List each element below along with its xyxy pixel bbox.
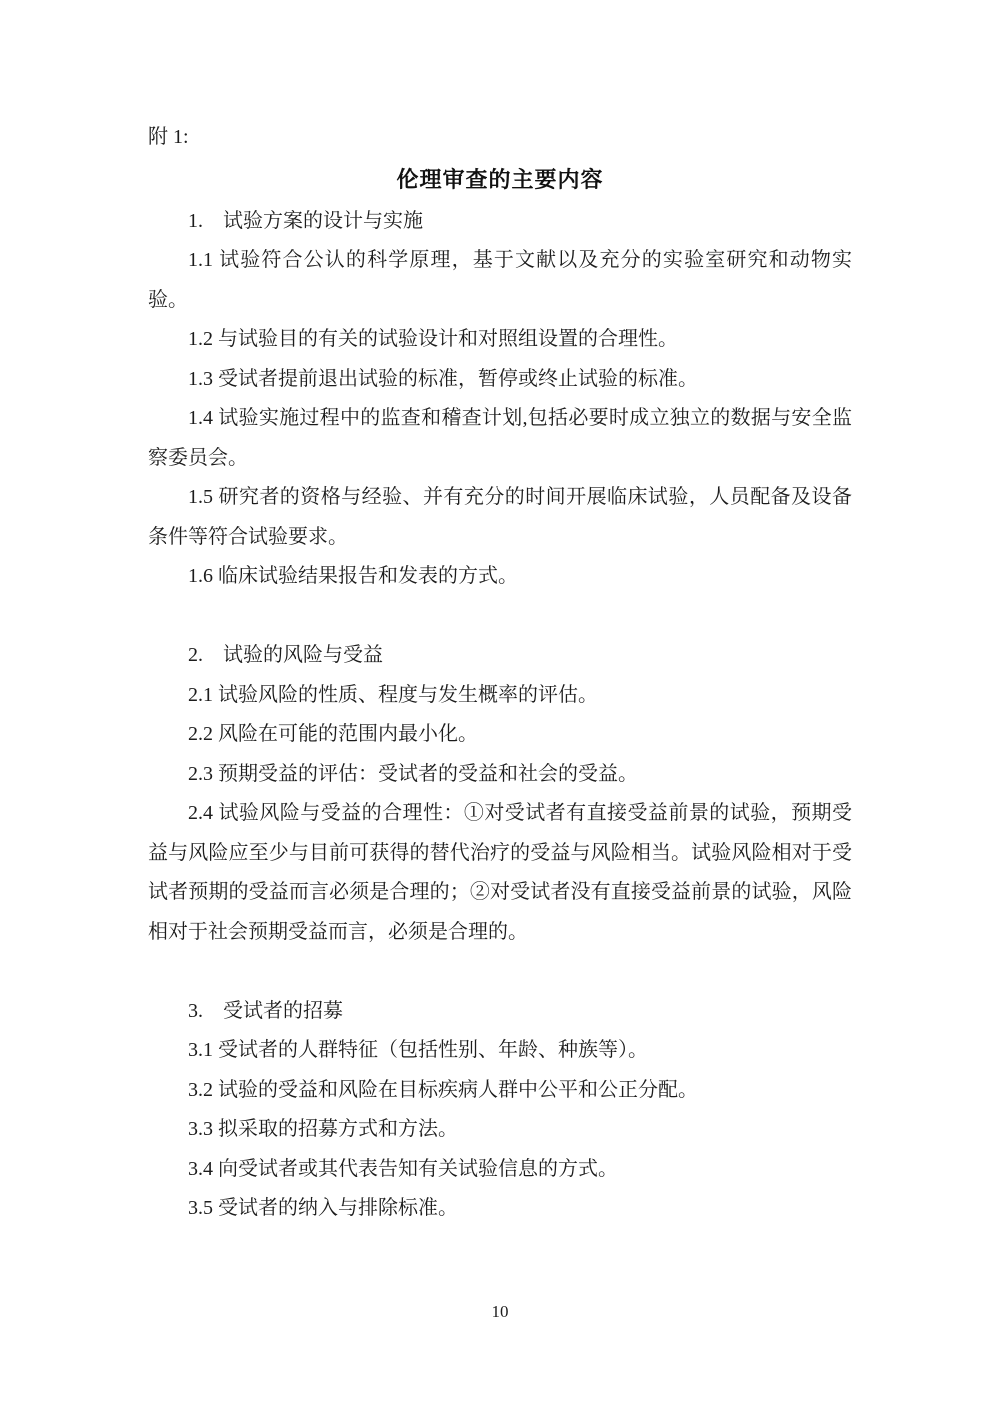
section-item: 1.3 受试者提前退出试验的标准，暂停或终止试验的标准。 [148, 360, 852, 400]
section-heading: 2. 试验的风险与受益 [148, 636, 852, 676]
section-item: 1.5 研究者的资格与经验、并有充分的时间开展临床试验，人员配备及设备条件等符合… [148, 478, 852, 557]
page-title: 伦理审查的主要内容 [148, 158, 852, 202]
section-heading: 3. 受试者的招募 [148, 992, 852, 1032]
section-item: 3.1 受试者的人群特征（包括性别、年龄、种族等）。 [148, 1031, 852, 1071]
section-item: 2.2 风险在可能的范围内最小化。 [148, 715, 852, 755]
section-item: 1.4 试验实施过程中的监查和稽查计划,包括必要时成立独立的数据与安全监察委员会… [148, 399, 852, 478]
section-item: 3.3 拟采取的招募方式和方法。 [148, 1110, 852, 1150]
document-body: 附 1: 伦理审查的主要内容 1. 试验方案的设计与实施1.1 试验符合公认的科… [148, 118, 852, 1229]
sections-container: 1. 试验方案的设计与实施1.1 试验符合公认的科学原理，基于文献以及充分的实验… [148, 202, 852, 1229]
section-item: 1.1 试验符合公认的科学原理，基于文献以及充分的实验室研究和动物实验。 [148, 241, 852, 320]
section-item: 3.2 试验的受益和风险在目标疾病人群中公平和公正分配。 [148, 1071, 852, 1111]
section-item: 3.4 向受试者或其代表告知有关试验信息的方式。 [148, 1150, 852, 1190]
section-item: 2.1 试验风险的性质、程度与发生概率的评估。 [148, 676, 852, 716]
section-item: 3.5 受试者的纳入与排除标准。 [148, 1189, 852, 1229]
section-item: 1.2 与试验目的有关的试验设计和对照组设置的合理性。 [148, 320, 852, 360]
document-page: 附 1: 伦理审查的主要内容 1. 试验方案的设计与实施1.1 试验符合公认的科… [0, 0, 1000, 1414]
appendix-label: 附 1: [148, 118, 852, 158]
section-item: 1.6 临床试验结果报告和发表的方式。 [148, 557, 852, 597]
section-item: 2.3 预期受益的评估：受试者的受益和社会的受益。 [148, 755, 852, 795]
page-number: 10 [0, 1300, 1000, 1324]
section-heading: 1. 试验方案的设计与实施 [148, 202, 852, 242]
section-item: 2.4 试验风险与受益的合理性：①对受试者有直接受益前景的试验，预期受益与风险应… [148, 794, 852, 952]
